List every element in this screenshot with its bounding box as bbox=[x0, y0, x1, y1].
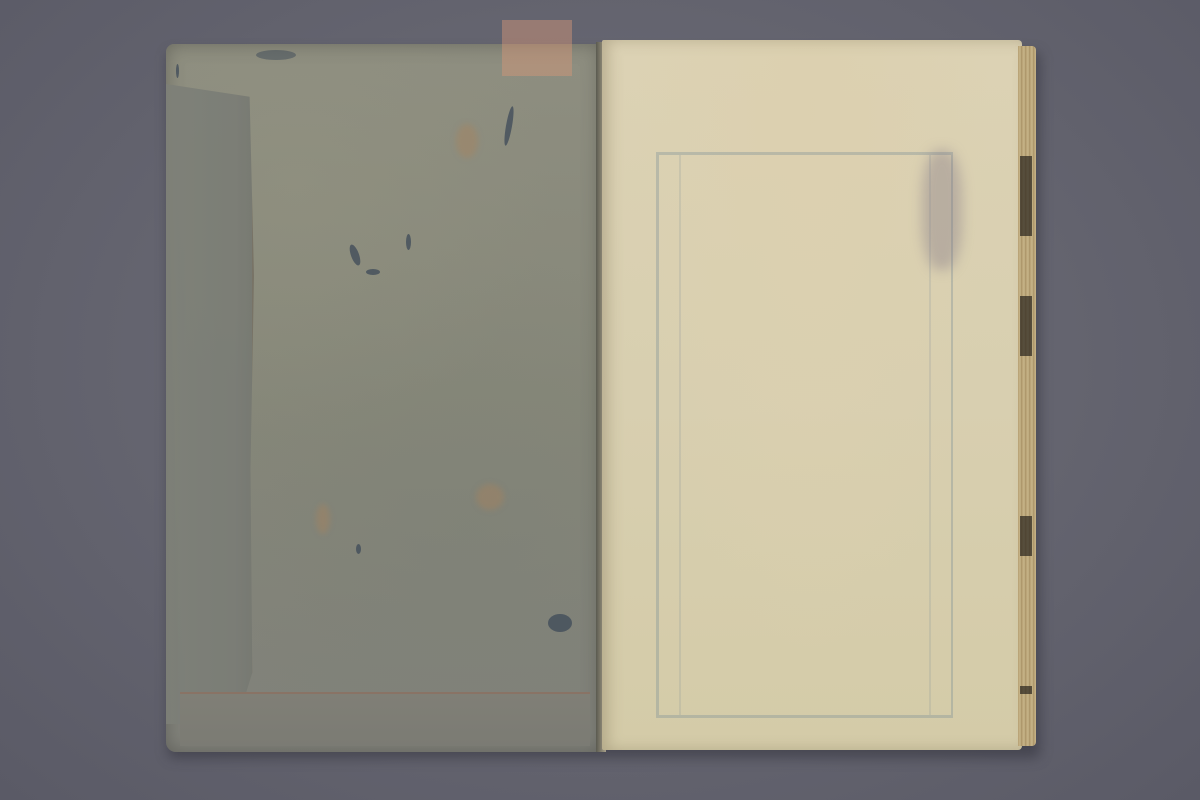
edge-mark bbox=[1020, 296, 1032, 356]
showthrough-frame bbox=[656, 152, 953, 718]
fiber-fleck bbox=[406, 234, 411, 250]
label-remnant bbox=[502, 20, 572, 76]
edge-mark bbox=[1020, 686, 1032, 694]
cover-turnin-bottom bbox=[180, 692, 590, 746]
right-page bbox=[602, 40, 1022, 750]
book-photo bbox=[0, 0, 1200, 800]
cover-turnin-left bbox=[166, 84, 254, 724]
showthrough-line bbox=[679, 155, 681, 715]
stain bbox=[316, 504, 330, 534]
edge-mark bbox=[1020, 156, 1032, 236]
page-edges bbox=[1018, 46, 1036, 746]
stain bbox=[476, 484, 504, 510]
fiber-fleck bbox=[256, 50, 296, 60]
fiber-fleck bbox=[347, 243, 362, 266]
left-cover bbox=[166, 44, 600, 752]
fiber-fleck bbox=[366, 269, 380, 275]
stain bbox=[922, 150, 962, 270]
fiber-fleck bbox=[176, 64, 179, 78]
edge-mark bbox=[1020, 516, 1032, 556]
fiber-fleck bbox=[356, 544, 361, 554]
stain bbox=[456, 124, 478, 158]
fiber-fleck bbox=[548, 614, 572, 632]
fiber-fleck bbox=[503, 106, 516, 146]
